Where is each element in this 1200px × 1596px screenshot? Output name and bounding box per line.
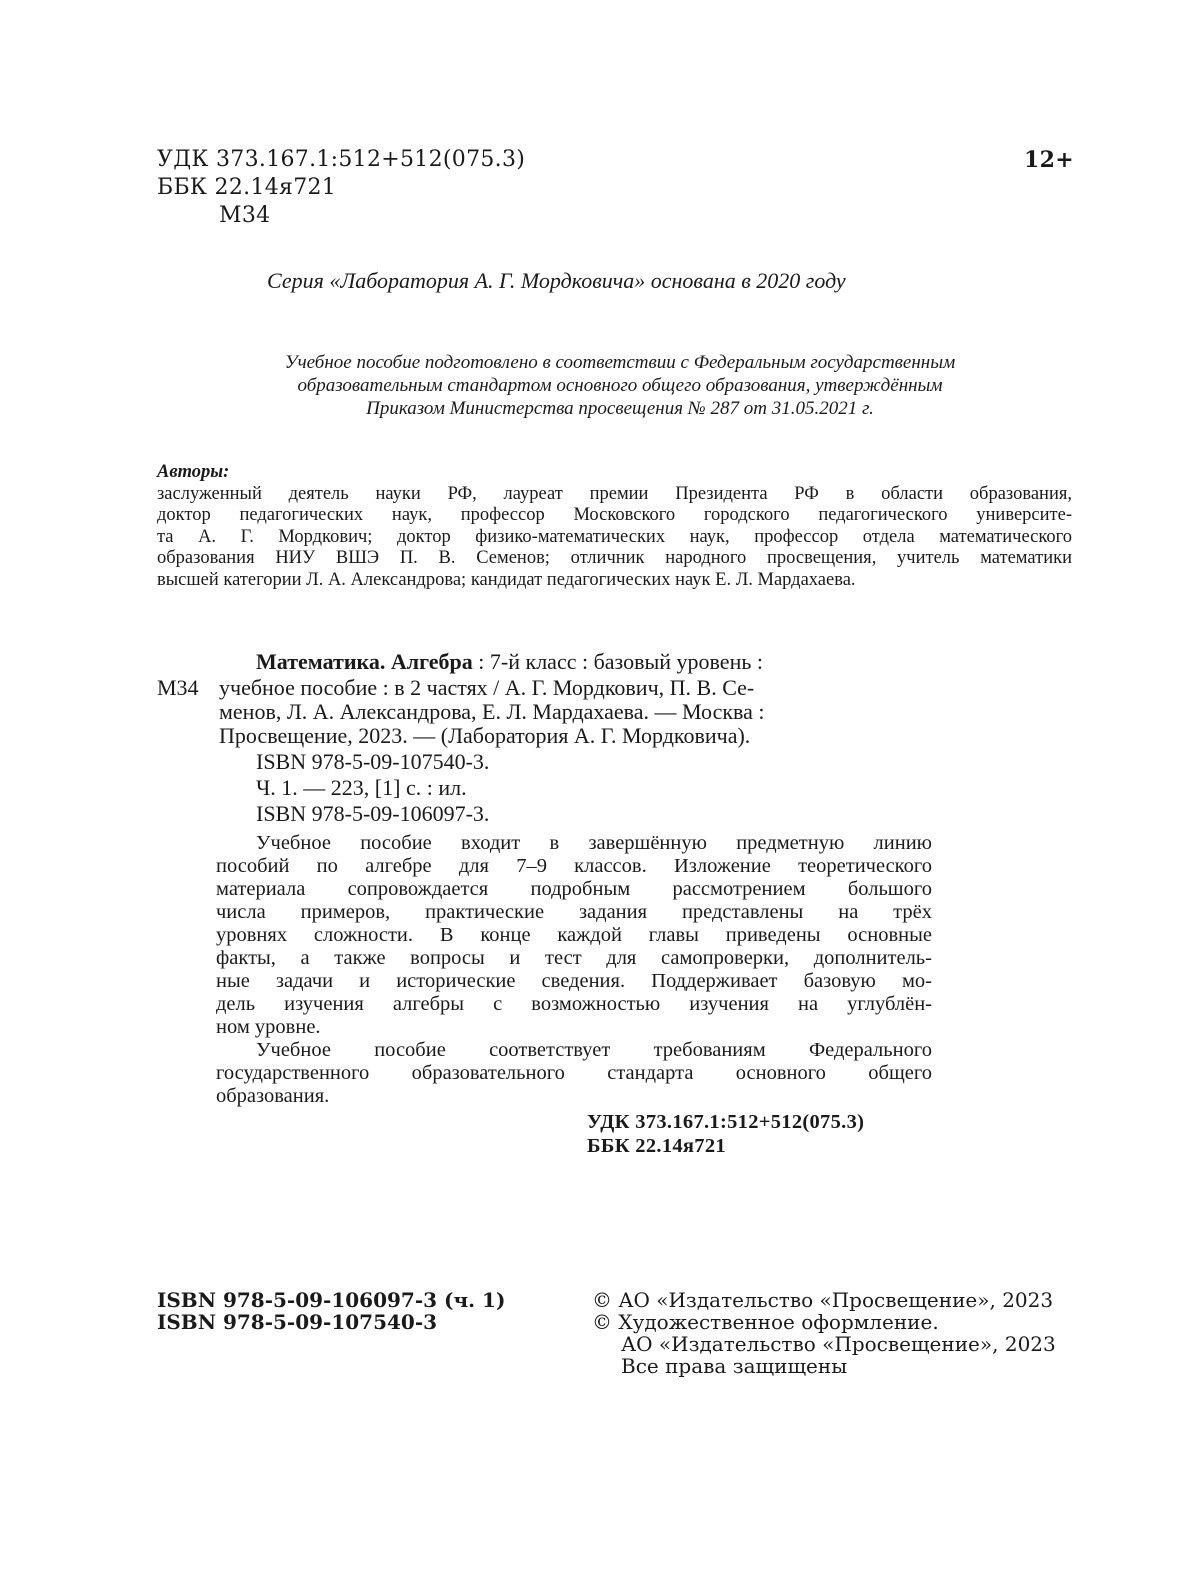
annotation-line: Учебное пособие соответствует требования… xyxy=(216,1039,932,1062)
annotation-line: материала сопровождается подробным рассм… xyxy=(216,878,932,901)
catalog-isbn-set: ISBN 978-5-09-107540-3. xyxy=(256,750,489,774)
bbk-code: ББК 22.14я721 xyxy=(157,174,336,202)
annotation-line: дель изучения алгебры с возможностью изу… xyxy=(216,993,932,1016)
author-mark: М34 xyxy=(219,202,270,230)
standard-note: Учебное пособие подготовлено в соответст… xyxy=(160,351,1080,420)
annotation-line: ные задачи и исторические сведения. Подд… xyxy=(216,970,932,993)
authors-line: образования НИУ ВШЭ П. В. Семенов; отлич… xyxy=(157,548,1072,570)
authors-line: заслуженный деятель науки РФ, лауреат пр… xyxy=(157,484,1072,506)
annotation-udk: УДК 373.167.1:512+512(075.3) xyxy=(587,1110,864,1134)
annotation-line: государственного образовательного станда… xyxy=(216,1062,932,1085)
authors-label: Авторы: xyxy=(157,462,1072,484)
annotation-bbk: ББК 22.14я721 xyxy=(587,1134,726,1158)
standard-note-line: Приказом Министерства просвещения № 287 … xyxy=(160,397,1080,420)
catalog-title-line: Математика. Алгебра : 7-й класс : базовы… xyxy=(256,650,763,674)
annotation-line: ном уровне. xyxy=(216,1016,932,1039)
annotation: Учебное пособие входит в завершённую пре… xyxy=(216,832,932,1108)
authors-line: та А. Г. Мордкович; доктор физико-матема… xyxy=(157,527,1072,549)
isbn-part: ISBN 978-5-09-106097-3 (ч. 1) xyxy=(157,1289,505,1311)
catalog-title-rest: : 7-й класс : базовый уровень : xyxy=(473,649,763,674)
annotation-line: образования. xyxy=(216,1085,932,1108)
catalog-title: Математика. Алгебра xyxy=(256,649,473,674)
catalog-isbn-part: ISBN 978-5-09-106097-3. xyxy=(256,802,489,826)
age-rating: 12+ xyxy=(1024,146,1074,174)
copyright-design: © Художественное оформление. xyxy=(592,1311,939,1333)
rights-reserved: Все права защищены xyxy=(621,1355,847,1377)
annotation-line: числа примеров, практические задания пре… xyxy=(216,901,932,924)
isbn-set: ISBN 978-5-09-107540-3 xyxy=(157,1311,437,1333)
catalog-line: менов, Л. А. Александрова, Е. Л. Мардаха… xyxy=(219,700,765,724)
annotation-line: Учебное пособие входит в завершённую пре… xyxy=(216,832,932,855)
annotation-line: уровнях сложности. В конце каждой главы … xyxy=(216,924,932,947)
catalog-mark: М34 xyxy=(157,676,199,700)
authors-line: доктор педагогических наук, профессор Мо… xyxy=(157,505,1072,527)
authors-line: высшей категории Л. А. Александрова; кан… xyxy=(157,570,1072,592)
copyright-design-owner: АО «Издательство «Просвещение», 2023 xyxy=(621,1333,1056,1355)
catalog-line: Просвещение, 2023. — (Лаборатория А. Г. … xyxy=(219,724,750,748)
annotation-line: пособий по алгебре для 7–9 классов. Изло… xyxy=(216,855,932,878)
catalog-pages: Ч. 1. — 223, [1] с. : ил. xyxy=(256,776,467,800)
standard-note-line: образовательным стандартом основного общ… xyxy=(160,374,1080,397)
copyright-publisher: © АО «Издательство «Просвещение», 2023 xyxy=(592,1289,1053,1311)
udk-code: УДК 373.167.1:512+512(075.3) xyxy=(157,146,525,174)
catalog-line: учебное пособие : в 2 частях / А. Г. Мор… xyxy=(219,676,754,700)
standard-note-line: Учебное пособие подготовлено в соответст… xyxy=(160,351,1080,374)
series-note: Серия «Лаборатория А. Г. Мордковича» осн… xyxy=(267,268,846,294)
annotation-line: факты, а также вопросы и тест для самопр… xyxy=(216,947,932,970)
authors-block: Авторы: заслуженный деятель науки РФ, ла… xyxy=(157,462,1072,591)
